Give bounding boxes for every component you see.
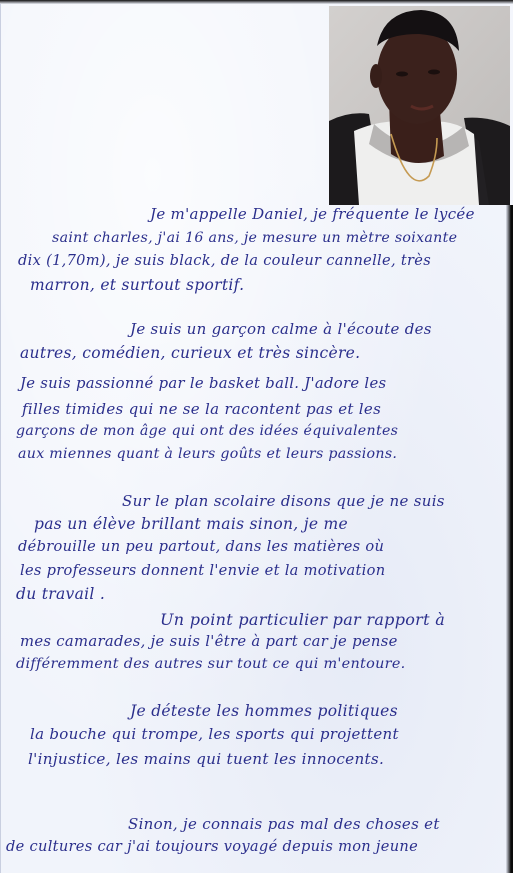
text-line: autres, comédien, curieux et très sincèr…	[20, 344, 360, 362]
text-line: dix (1,70m), je suis black, de la couleu…	[18, 252, 431, 269]
text-line: de cultures car j'ai toujours voyagé dep…	[6, 838, 418, 855]
text-line: Je suis un garçon calme à l'écoute des	[130, 320, 432, 338]
text-line: Sinon, je connais pas mal des choses et	[128, 815, 440, 833]
scan-top-edge	[0, 0, 513, 4]
text-line: les professeurs donnent l'envie et la mo…	[20, 562, 385, 579]
text-line: l'injustice, les mains qui tuent les inn…	[28, 750, 384, 768]
text-line: filles timides qui ne se la racontent pa…	[22, 400, 381, 418]
scan-right-edge	[506, 205, 513, 873]
text-line: Je déteste les hommes politiques	[130, 702, 398, 720]
text-line: saint charles, j'ai 16 ans, je mesure un…	[52, 230, 457, 246]
text-line: différemment des autres sur tout ce qui …	[16, 656, 406, 672]
text-line: Je suis passionné par le basket ball. J'…	[20, 375, 386, 392]
portrait-photo	[329, 6, 510, 205]
text-line: marron, et surtout sportif.	[30, 276, 244, 294]
text-line: mes camarades, je suis l'être à part car…	[20, 633, 398, 650]
text-line: pas un élève brillant mais sinon, je me	[34, 515, 348, 533]
text-line: Je m'appelle Daniel, je fréquente le lyc…	[150, 205, 475, 223]
text-line: garçons de mon âge qui ont des idées équ…	[16, 423, 398, 439]
text-line: Un point particulier par rapport à	[160, 610, 445, 629]
text-line: débrouille un peu partout, dans les mati…	[18, 538, 384, 555]
text-line: aux miennes quant à leurs goûts et leurs…	[18, 446, 397, 462]
text-line: la bouche qui trompe, les sports qui pro…	[30, 725, 399, 743]
text-line: Sur le plan scolaire disons que je ne su…	[122, 492, 445, 510]
text-line: du travail .	[16, 585, 105, 603]
